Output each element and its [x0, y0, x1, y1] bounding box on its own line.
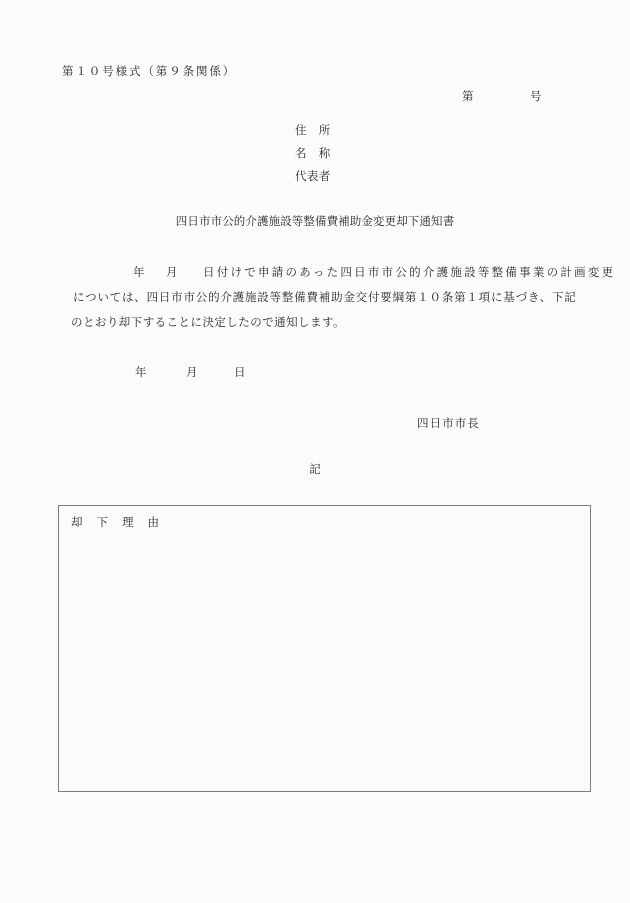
date-month-label: 月 — [186, 366, 198, 380]
rejection-reason-box: 却下理由 — [58, 505, 591, 792]
addressee-address-label: 住 所 — [295, 124, 331, 138]
body-line2-text: については、四日市市公的介護施設等整備費補助金交付要綱第１０条第１項に基づき、下… — [73, 291, 577, 305]
sender-mayor-label: 四日市市長 — [417, 417, 480, 431]
doc-number-suffix: 号 — [530, 90, 542, 104]
doc-number-prefix: 第 — [462, 90, 474, 104]
rejection-reason-label: 却下理由 — [71, 516, 173, 530]
addressee-representative-label: 代表者 — [295, 170, 331, 184]
document-page: 第１０号様式（第９条関係） 第 号 住 所 名 称 代表者 四日市市公的介護施設… — [0, 0, 630, 903]
addressee-name-label: 名 称 — [295, 147, 331, 161]
body-line1-year-label: 年 — [133, 266, 145, 280]
section-marker-ki: 記 — [0, 463, 630, 477]
form-number-line: 第１０号様式（第９条関係） — [62, 65, 236, 79]
body-line3-text: のとおり却下することに決定したので通知します。 — [71, 316, 345, 330]
date-year-label: 年 — [135, 366, 147, 380]
date-day-label: 日 — [234, 366, 246, 380]
body-line1-month-label: 月 — [166, 266, 178, 280]
body-line1-text: 日付けで申請のあった四日市市公的介護施設等整備事業の計画変更 — [203, 266, 615, 280]
document-title: 四日市市公的介護施設等整備費補助金変更却下通知書 — [0, 215, 630, 229]
